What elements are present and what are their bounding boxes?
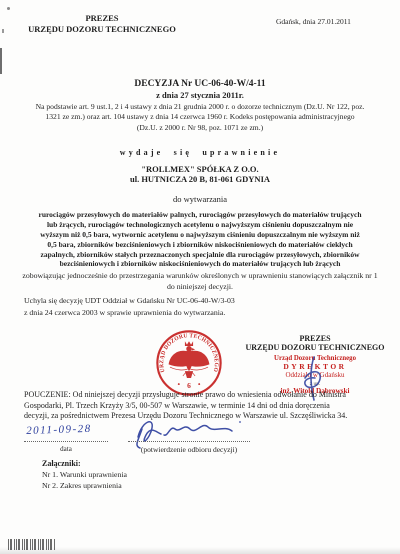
- signature-label: (potwierdzenie odbioru decyzji): [116, 445, 262, 454]
- signatory-title-line2: URZĘDU DOZORU TECHNICZNEGO: [235, 343, 395, 352]
- attachments-section: Załączniki: Nr 1. Warunki uprawnienia Nr…: [42, 458, 242, 491]
- scan-artifact-line: [0, 48, 2, 74]
- attachment-item: Nr 1. Warunki uprawnienia: [42, 469, 242, 480]
- grant-line: wydaje się uprawnienie: [0, 148, 400, 157]
- document-page: PREZES URZĘDU DOZORU TECHNICZNEGO Gdańsk…: [0, 0, 400, 554]
- company-name: "ROLLMEX" SPÓŁKA Z O.O.: [0, 164, 400, 174]
- purpose-intro: do wytwarzania: [0, 194, 400, 204]
- seal-number: 6: [187, 381, 191, 390]
- scan-artifact-dot: [2, 29, 4, 33]
- signatory-title-line1: PREZES: [235, 334, 395, 343]
- issuer-header: PREZES URZĘDU DOZORU TECHNICZNEGO: [18, 13, 186, 34]
- official-round-seal: URZĄD DOZORU TECHNICZNEGO 6: [155, 329, 223, 397]
- attachment-item: Nr 2. Zakres uprawnienia: [42, 480, 242, 491]
- company-address: ul. HUTNICZA 20 B, 81-061 GDYNIA: [0, 174, 400, 184]
- issuer-line2: URZĘDU DOZORU TECHNICZNEGO: [18, 24, 186, 35]
- date-label: data: [24, 445, 108, 453]
- signature-block: PREZES URZĘDU DOZORU TECHNICZNEGO Urząd …: [235, 334, 395, 395]
- place-and-date: Gdańsk, dnia 27.01.2011: [276, 17, 351, 26]
- revocation-clause: Uchyla się decyzję UDT Oddział w Gdańsku…: [24, 295, 354, 319]
- signature-dotted-line: [128, 428, 250, 442]
- issuer-line1: PREZES: [18, 13, 186, 24]
- date-dotted-line: [24, 428, 108, 442]
- scan-artifact-dot: [7, 7, 10, 10]
- decision-date: z dnia 27 stycznia 2011r.: [0, 90, 400, 100]
- polish-eagle-icon: [169, 341, 210, 378]
- obligation-clause: zobowiązując jednocześnie do przestrzega…: [20, 271, 380, 292]
- legal-basis: Na podstawie art. 9 ust.1, 2 i 4 ustawy …: [20, 102, 380, 133]
- decision-title: DECYZJA Nr UC-06-40-W/4-11: [0, 79, 400, 89]
- authorization-scope: rurociągów przesyłowych do materiałów pa…: [18, 210, 382, 269]
- barcode: [8, 539, 55, 550]
- seal-graphic: URZĄD DOZORU TECHNICZNEGO 6: [155, 329, 223, 397]
- attachments-heading: Załączniki:: [42, 458, 242, 469]
